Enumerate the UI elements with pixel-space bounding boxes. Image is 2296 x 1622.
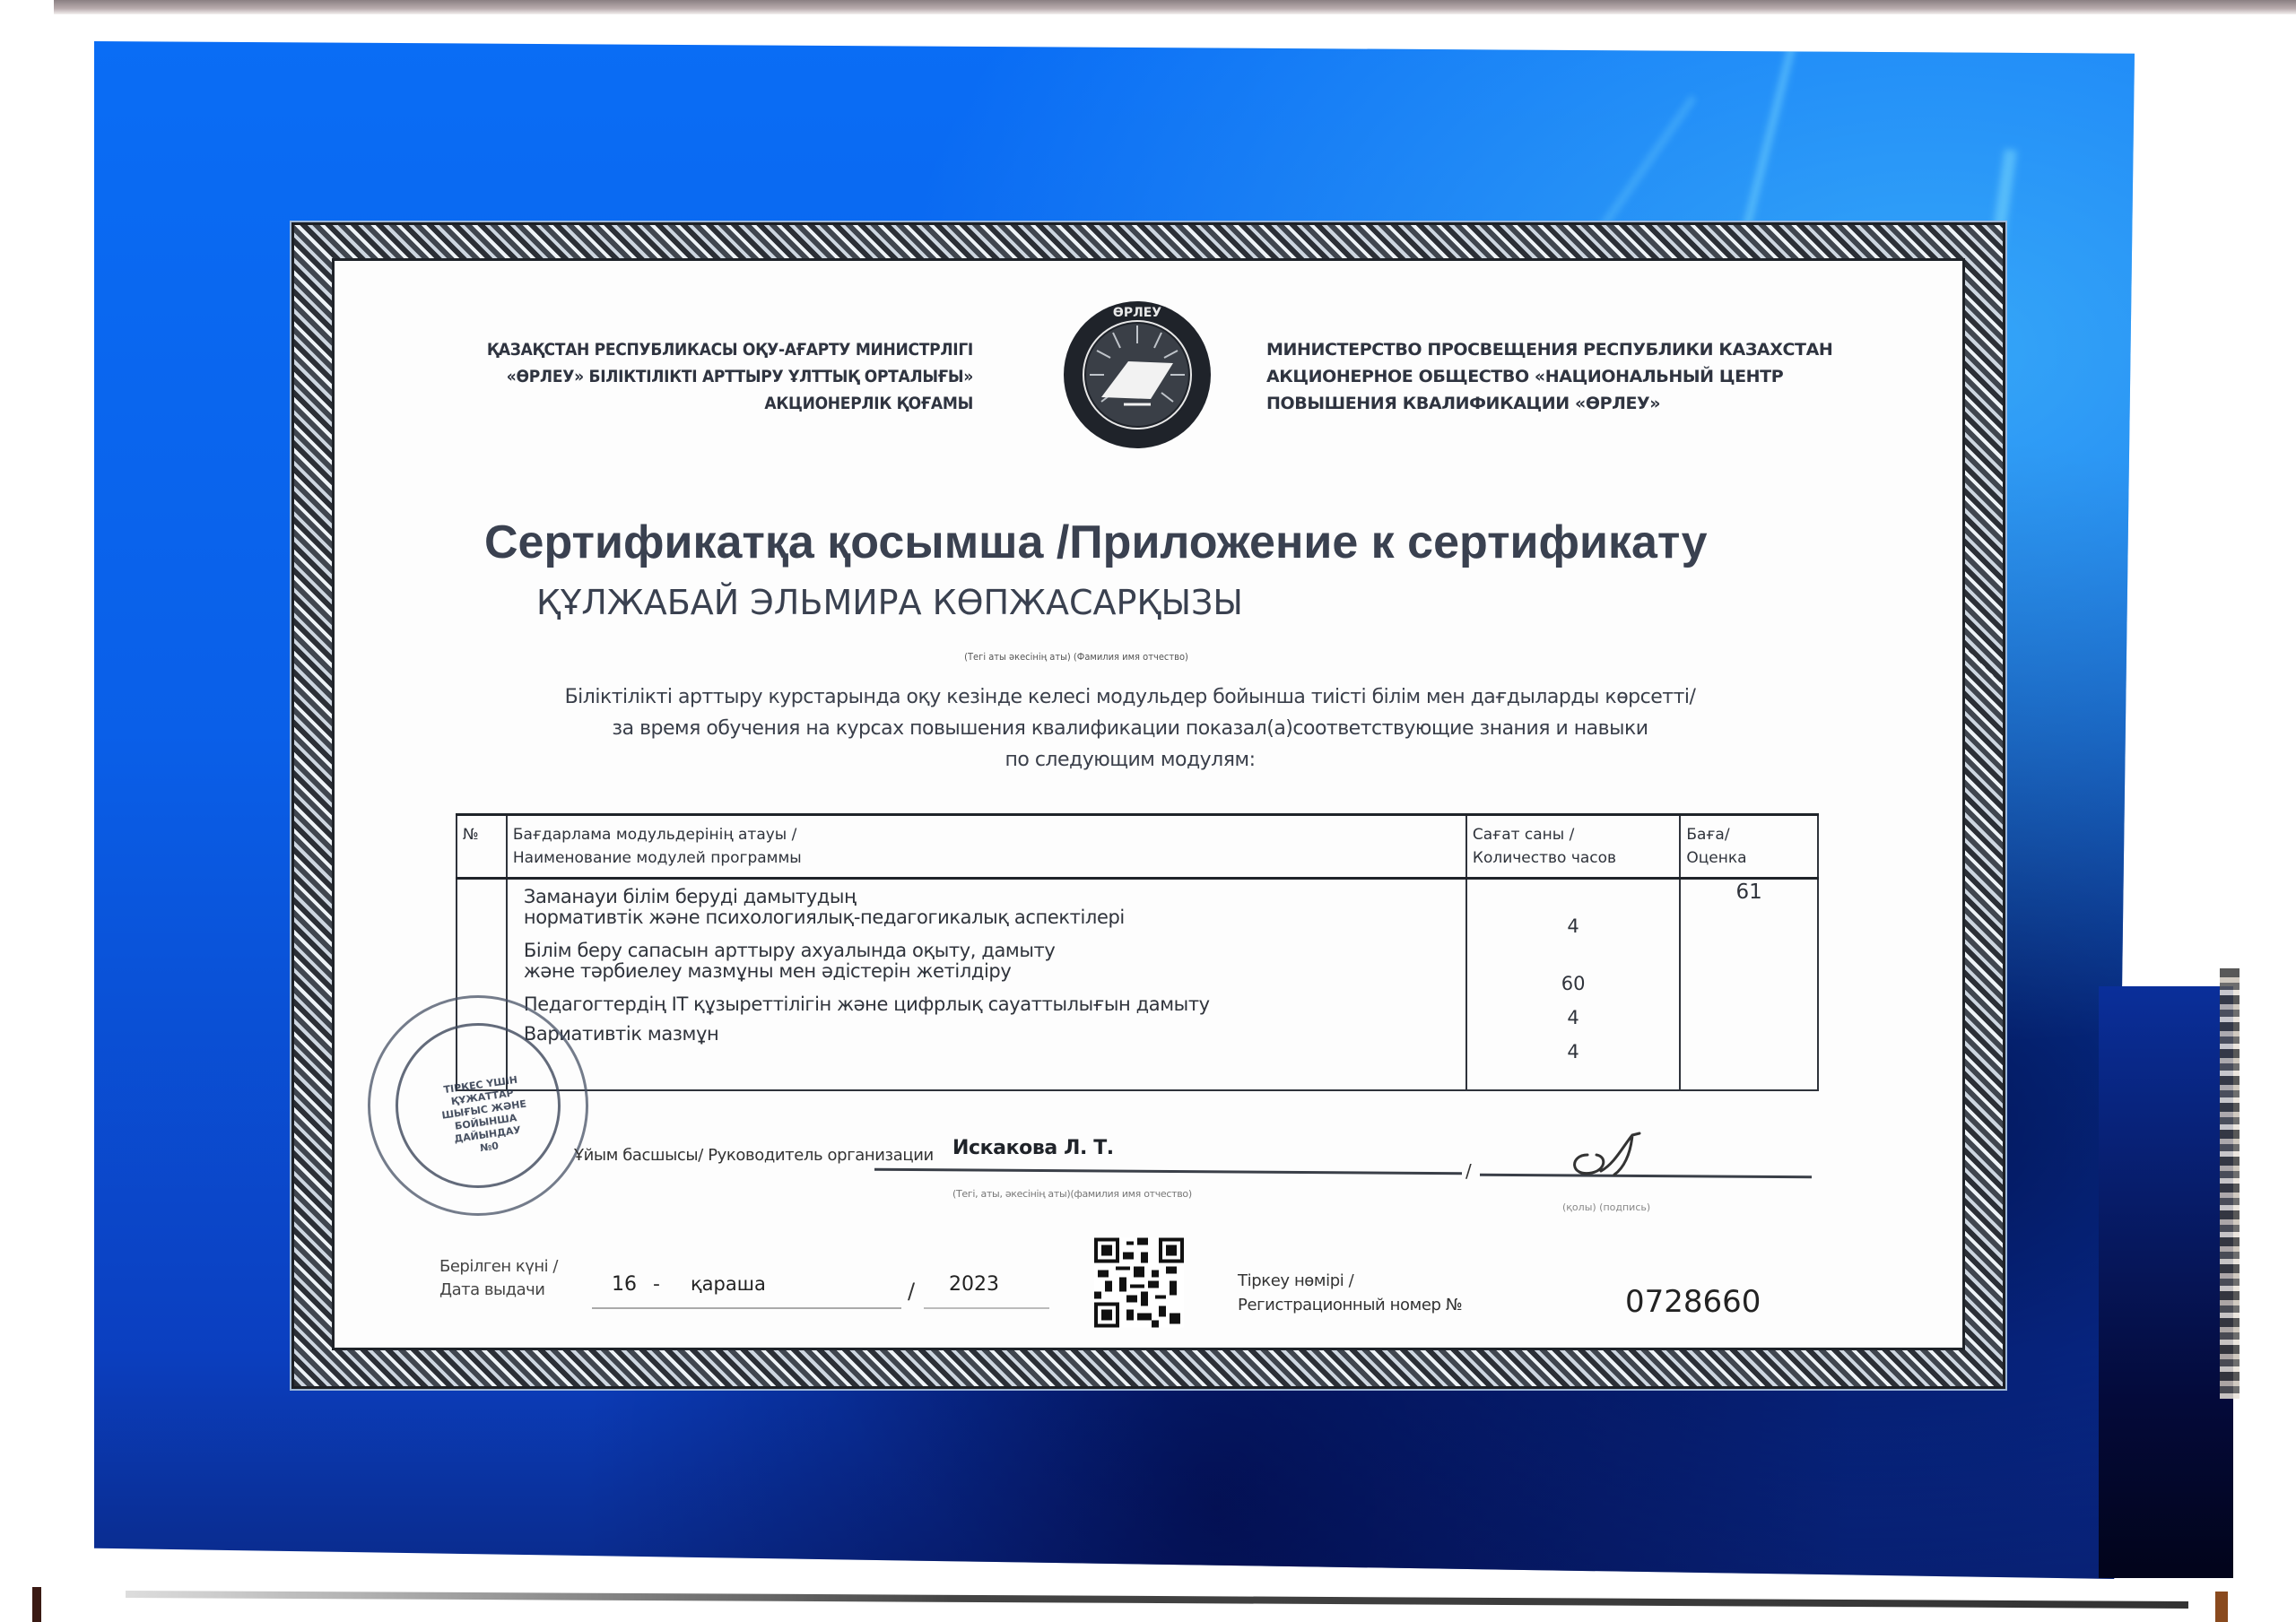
- head-of-org-name: Искакова Л. Т.: [952, 1137, 1114, 1159]
- issue-date-label: Берілген күні / Дата выдачи: [439, 1255, 558, 1302]
- header-kz: Сағат саны /: [1473, 823, 1674, 846]
- label-ru: Дата выдачи: [439, 1279, 558, 1302]
- module-name: Вариативтік мазмұн: [524, 1024, 1449, 1045]
- issue-day: 16: [612, 1273, 637, 1296]
- module-name: және тәрбиелеу мазмұны мен әдістерін жет…: [524, 961, 1449, 982]
- date-dash: -: [653, 1273, 660, 1296]
- stamp-text: ТІРКЕС ҮШІН ҚҰЖАТТАР ШЫҒЫС ЖӘНЕ БОЙЫНША …: [422, 1071, 548, 1161]
- col-header-grade: Баға/ Оценка: [1680, 815, 1818, 879]
- header-line: ҚАЗАҚСТАН РЕСПУБЛИКАСЫ ОҚУ-АҒАРТУ МИНИСТ…: [439, 336, 973, 363]
- frame-shadow: [2099, 986, 2233, 1578]
- table-header-row: № Бағдарлама модульдерінің атауы / Наиме…: [457, 815, 1818, 879]
- svg-text:ӨРЛЕУ: ӨРЛЕУ: [1113, 306, 1161, 320]
- orleu-logo-icon: ӨРЛЕУ: [1061, 299, 1213, 451]
- module-hours: 4: [1468, 1041, 1678, 1075]
- module-name: Педагогтердің IT құзыреттілігін және циф…: [524, 994, 1449, 1015]
- signature-icon: [1561, 1128, 1659, 1182]
- recipient-name-caption: (Тегі аты әкесінің аты) (Фамилия имя отч…: [673, 651, 1480, 663]
- col-header-hours: Сағат саны / Количество часов: [1466, 815, 1680, 879]
- module-item: Вариативтік мазмұн: [524, 1024, 1449, 1045]
- qr-code-icon: [1094, 1236, 1184, 1330]
- module-name: нормативтік және психологиялық-педагогик…: [524, 907, 1449, 928]
- photo-top-edge: [54, 0, 2296, 14]
- header-line: МИНИСТЕРСТВО ПРОСВЕЩЕНИЯ РЕСПУБЛИКИ КАЗА…: [1266, 336, 1894, 363]
- registration-label: Тіркеу нөмірі / Регистрационный номер №: [1238, 1269, 1462, 1317]
- module-item: Білім беру сапасын арттыру ахуалында оқы…: [524, 941, 1449, 982]
- hours-cell: 4 60 4 4: [1466, 879, 1680, 1091]
- date-underline: [592, 1307, 901, 1309]
- module-name: Заманауи білім беруді дамытудың: [524, 887, 1449, 907]
- label-kz: Тіркеу нөмірі /: [1238, 1269, 1462, 1293]
- adjacent-page-ornament: [2220, 968, 2239, 1399]
- header-line: АКЦИОНЕРЛІК ҚОҒАМЫ: [439, 390, 973, 417]
- module-hours: 60: [1468, 973, 1678, 1007]
- modules-table: № Бағдарлама модульдерінің атауы / Наиме…: [456, 813, 1819, 1091]
- module-hours: 4: [1468, 915, 1678, 950]
- col-header-no: №: [457, 815, 507, 879]
- table-row: Заманауи білім беруді дамытудың норматив…: [457, 879, 1818, 1091]
- head-name-caption: (Тегі, аты, әкесінің аты)(фамилия имя от…: [952, 1188, 1192, 1200]
- label-kz: Берілген күні /: [439, 1255, 558, 1279]
- module-hours: 4: [1468, 1007, 1678, 1041]
- issue-year: 2023: [949, 1273, 999, 1296]
- intro-line: Біліктілікті арттыру курстарында оқу кез…: [475, 681, 1785, 713]
- head-of-org-label: Ұйым басшысы/ Руководитель организации: [574, 1146, 934, 1165]
- signature-separator: /: [1465, 1160, 1472, 1182]
- photo-edge-mark: [2215, 1592, 2228, 1622]
- year-underline: [924, 1307, 1049, 1309]
- module-item: Педагогтердің IT құзыреттілігін және циф…: [524, 994, 1449, 1015]
- module-names-cell: Заманауи білім беруді дамытудың норматив…: [507, 879, 1466, 1091]
- recipient-name: ҚҰЛЖАБАЙ ЭЛЬМИРА КӨПЖАСАРҚЫЗЫ: [536, 583, 1243, 622]
- module-item: Заманауи білім беруді дамытудың норматив…: [524, 887, 1449, 928]
- intro-line: за время обучения на курсах повышения кв…: [475, 713, 1785, 744]
- grade-cell: 61: [1680, 879, 1818, 1091]
- header-right-ru: МИНИСТЕРСТВО ПРОСВЕЩЕНИЯ РЕСПУБЛИКИ КАЗА…: [1266, 336, 1894, 417]
- header-line: «ӨРЛЕУ» БІЛІКТІЛІКТІ АРТТЫРУ ҰЛТТЫҚ ОРТА…: [439, 363, 973, 390]
- registration-number: 0728660: [1625, 1284, 1761, 1320]
- issue-month: қараша: [691, 1273, 766, 1295]
- header-kz: Бағдарлама модульдерінің атауы /: [513, 823, 1460, 846]
- photo-bottom-edge: [126, 1591, 2188, 1609]
- header-left-kz: ҚАЗАҚСТАН РЕСПУБЛИКАСЫ ОҚУ-АҒАРТУ МИНИСТ…: [439, 336, 973, 417]
- header-line: АКЦИОНЕРНОЕ ОБЩЕСТВО «НАЦИОНАЛЬНЫЙ ЦЕНТР: [1266, 363, 1894, 390]
- header-ru: Наименование модулей программы: [513, 846, 1460, 870]
- module-name: Білім беру сапасын арттыру ахуалында оқы…: [524, 941, 1449, 961]
- signature-caption: (қолы) (подпись): [1562, 1201, 1650, 1213]
- header-line: ПОВЫШЕНИЯ КВАЛИФИКАЦИИ «ӨРЛЕУ»: [1266, 390, 1894, 417]
- header-kz: Баға/: [1686, 823, 1812, 846]
- intro-text: Біліктілікті арттыру курстарында оқу кез…: [475, 681, 1785, 776]
- stamp-inner-ring: ТІРКЕС ҮШІН ҚҰЖАТТАР ШЫҒЫС ЖӘНЕ БОЙЫНША …: [385, 1012, 571, 1199]
- date-separator: /: [908, 1279, 915, 1304]
- col-header-module-name: Бағдарлама модульдерінің атауы / Наимено…: [507, 815, 1466, 879]
- document-title: Сертификатқа қосымша /Приложение к серти…: [484, 516, 1830, 569]
- intro-line: по следующим модулям:: [475, 744, 1785, 776]
- header-ru: Оценка: [1686, 846, 1812, 870]
- label-ru: Регистрационный номер №: [1238, 1293, 1462, 1317]
- photo-edge-mark: [32, 1587, 41, 1622]
- header-ru: Количество часов: [1473, 846, 1674, 870]
